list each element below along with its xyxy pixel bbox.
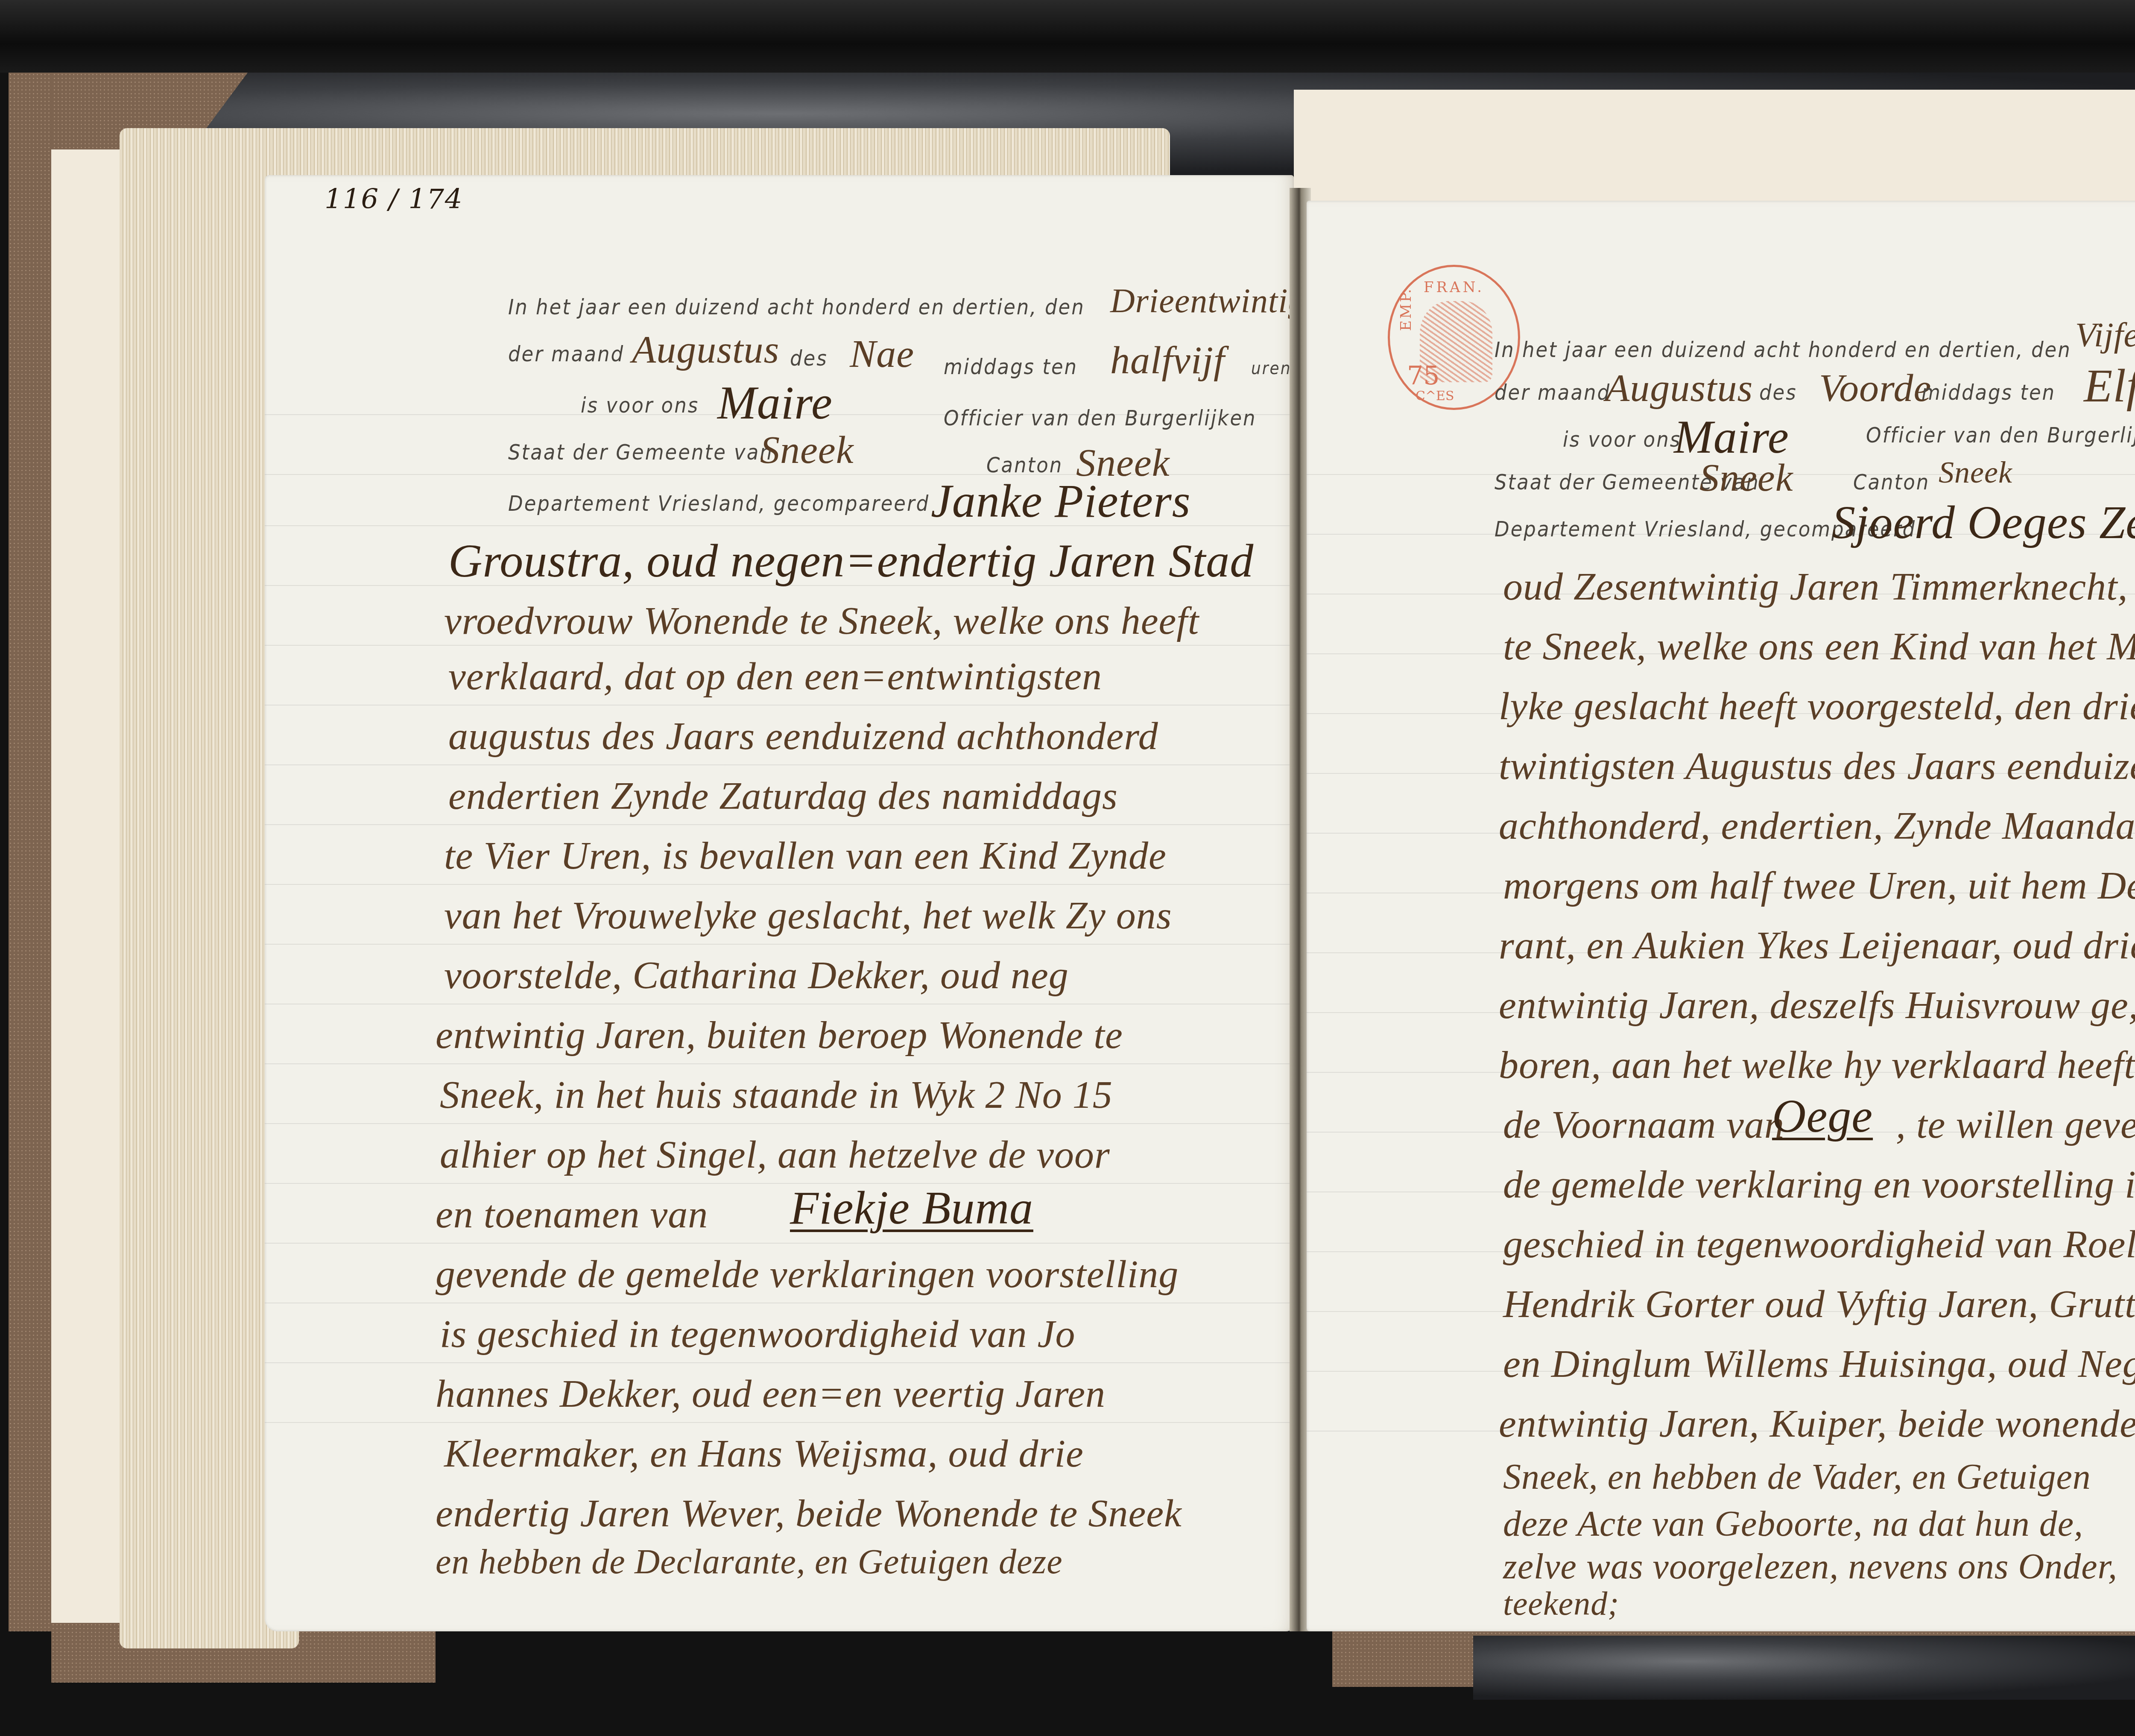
body-line: alhier op het Singel, aan hetzelve de vo… <box>440 1132 1110 1177</box>
field-month: Augustus <box>632 327 779 372</box>
form-line-5: Departement Vriesland, gecompareerd <box>508 491 930 516</box>
right-page: 117 / 172 FRAN. EMP. 75 C^ES In het jaar… <box>1307 201 2135 1631</box>
form-line-3b: Officier van den Burgerlijken <box>1866 423 2135 448</box>
field-day: Vijfentwintigsten <box>2075 316 2135 355</box>
body-line: voorstelde, Catharina Dekker, oud neg <box>444 952 1069 998</box>
field-canton: Sneek <box>1939 455 2012 490</box>
body-line: twintigsten Augustus des Jaars eenduizen… <box>1499 743 2135 788</box>
body-line: van het Vrouwelyke geslacht, het welk Zy… <box>444 893 1172 938</box>
page-number: 116 / 174 <box>325 184 463 215</box>
field-day: Drieentwintig <box>1110 282 1305 321</box>
child-name: Oege <box>1772 1089 1873 1143</box>
body-line: boren, aan het welke hy verklaard heeft <box>1499 1042 2135 1087</box>
body-line: achthonderd, endertien, Zynde Maandag de… <box>1499 803 2135 848</box>
body-line: te Sneek, welke ons een Kind van het Man… <box>1503 624 2135 669</box>
body-line: geschied in tegenwoordigheid van Roel <box>1503 1221 2135 1267</box>
body-line: entwintig Jaren, deszelfs Huisvrouw ge, <box>1499 982 2135 1028</box>
field-month: Augustus <box>1606 365 1753 410</box>
body-line: Groustra, oud negen=endertig Jaren Stad <box>448 534 1254 588</box>
body-line: de Voornaam van <box>1503 1102 1784 1147</box>
body-line: endertien Zynde Zaturdag des namiddags <box>448 773 1118 818</box>
seal-unit: C^ES <box>1416 389 1454 404</box>
form-line-4: Staat der Gemeente van <box>508 440 773 465</box>
body-line: endertig Jaren Wever, beide Wonende te S… <box>436 1490 1182 1536</box>
body-line: Hendrik Gorter oud Vyftig Jaren, Grutter <box>1503 1281 2135 1326</box>
body-line: en Dinglum Willems Huisinga, oud Negen, <box>1503 1341 2135 1386</box>
form-line-1: In het jaar een duizend acht honderd en … <box>508 295 1085 319</box>
child-name: Fiekje Buma <box>790 1181 1033 1235</box>
body-line: entwintig Jaren, Kuiper, beide wonende t… <box>1499 1401 2135 1446</box>
body-line: de gemelde verklaring en voorstelling is <box>1503 1162 2135 1207</box>
body-line: teekend; <box>1503 1584 1619 1623</box>
body-line: is geschied in tegenwoordigheid van Jo <box>440 1311 1075 1356</box>
form-line-2b: des <box>790 346 828 371</box>
form-line-2b: des <box>1759 380 1797 405</box>
field-part-of-day: Voorde <box>1819 365 1931 410</box>
form-line-1: In het jaar een duizend acht honderd en … <box>1494 337 2071 362</box>
field-declarant: Sjoerd Oeges Zeil <box>1832 495 2135 550</box>
field-gemeente: Sneek <box>760 427 854 472</box>
left-page: 116 / 174 In het jaar een duizend acht h… <box>265 175 1294 1631</box>
body-line: lyke geslacht heeft voorgesteld, den dri… <box>1499 683 2135 729</box>
field-hour: Elf <box>2084 359 2135 413</box>
form-line-3: is voor ons <box>1563 427 1681 452</box>
body-line: Kleermaker, en Hans Weijsma, oud drie <box>444 1431 1084 1476</box>
field-gemeente: Sneek <box>1699 455 1793 500</box>
seal-value: 75 <box>1407 361 1439 391</box>
form-line-2c: middags ten <box>1921 380 2056 405</box>
form-line-3: is voor ons <box>581 393 699 418</box>
body-line: augustus des Jaars eenduizend achthonder… <box>448 713 1158 758</box>
body-line: zelve was voorgelezen, nevens ons Onder, <box>1503 1546 2117 1587</box>
body-line: oud Zesentwintig Jaren Timmerknecht, Won… <box>1503 564 2135 609</box>
field-official: Maire <box>717 376 833 430</box>
body-line: hannes Dekker, oud een=en veertig Jaren <box>436 1371 1106 1416</box>
cloth-spine-left <box>9 73 51 1631</box>
form-line-3b: Officier van den Burgerlijken <box>944 406 1257 430</box>
body-line: morgens om half twee Uren, uit hem Decla… <box>1503 863 2135 908</box>
body-line: gevende de gemelde verklaringen voorstel… <box>436 1251 1179 1297</box>
body-line: vroedvrouw Wonende te Sneek, welke ons h… <box>444 598 1199 643</box>
body-line: verklaard, dat op den een=entwintigsten <box>448 653 1102 699</box>
field-hour: halfvijf <box>1110 337 1225 383</box>
marbled-board-bottom <box>1473 1636 2135 1700</box>
scanner-frame-top <box>0 0 2135 73</box>
body-line: rant, en Aukien Ykes Leijenaar, oud drie… <box>1499 922 2135 968</box>
body-line: Sneek, en hebben de Vader, en Getuigen <box>1503 1456 2091 1498</box>
body-line: te Vier Uren, is bevallen van een Kind Z… <box>444 833 1167 878</box>
body-line: en toenamen van <box>436 1191 708 1237</box>
body-line: Sneek, in het huis staande in Wyk 2 No 1… <box>440 1072 1113 1117</box>
form-line-2c: middags ten <box>944 354 1078 379</box>
seal-side-text: EMP. <box>1398 287 1415 331</box>
child-name-suffix: , te willen geven, <box>1896 1102 2135 1147</box>
flyleaf-left <box>51 149 124 1644</box>
body-line: en hebben de Declarante, en Getuigen dez… <box>436 1542 1063 1582</box>
body-line: entwintig Jaren, buiten beroep Wonende t… <box>436 1012 1123 1057</box>
field-declarant: Janke Pieters <box>931 474 1191 528</box>
field-part-of-day: Nae <box>850 331 914 376</box>
form-line-2: der maand <box>508 342 624 366</box>
body-line: deze Acte van Geboorte, na dat hun de, <box>1503 1503 2083 1545</box>
form-line-2: der maand <box>1494 380 1611 405</box>
form-line-4b: Canton <box>1853 470 1930 495</box>
form-line-2d: uren <box>1251 359 1292 378</box>
